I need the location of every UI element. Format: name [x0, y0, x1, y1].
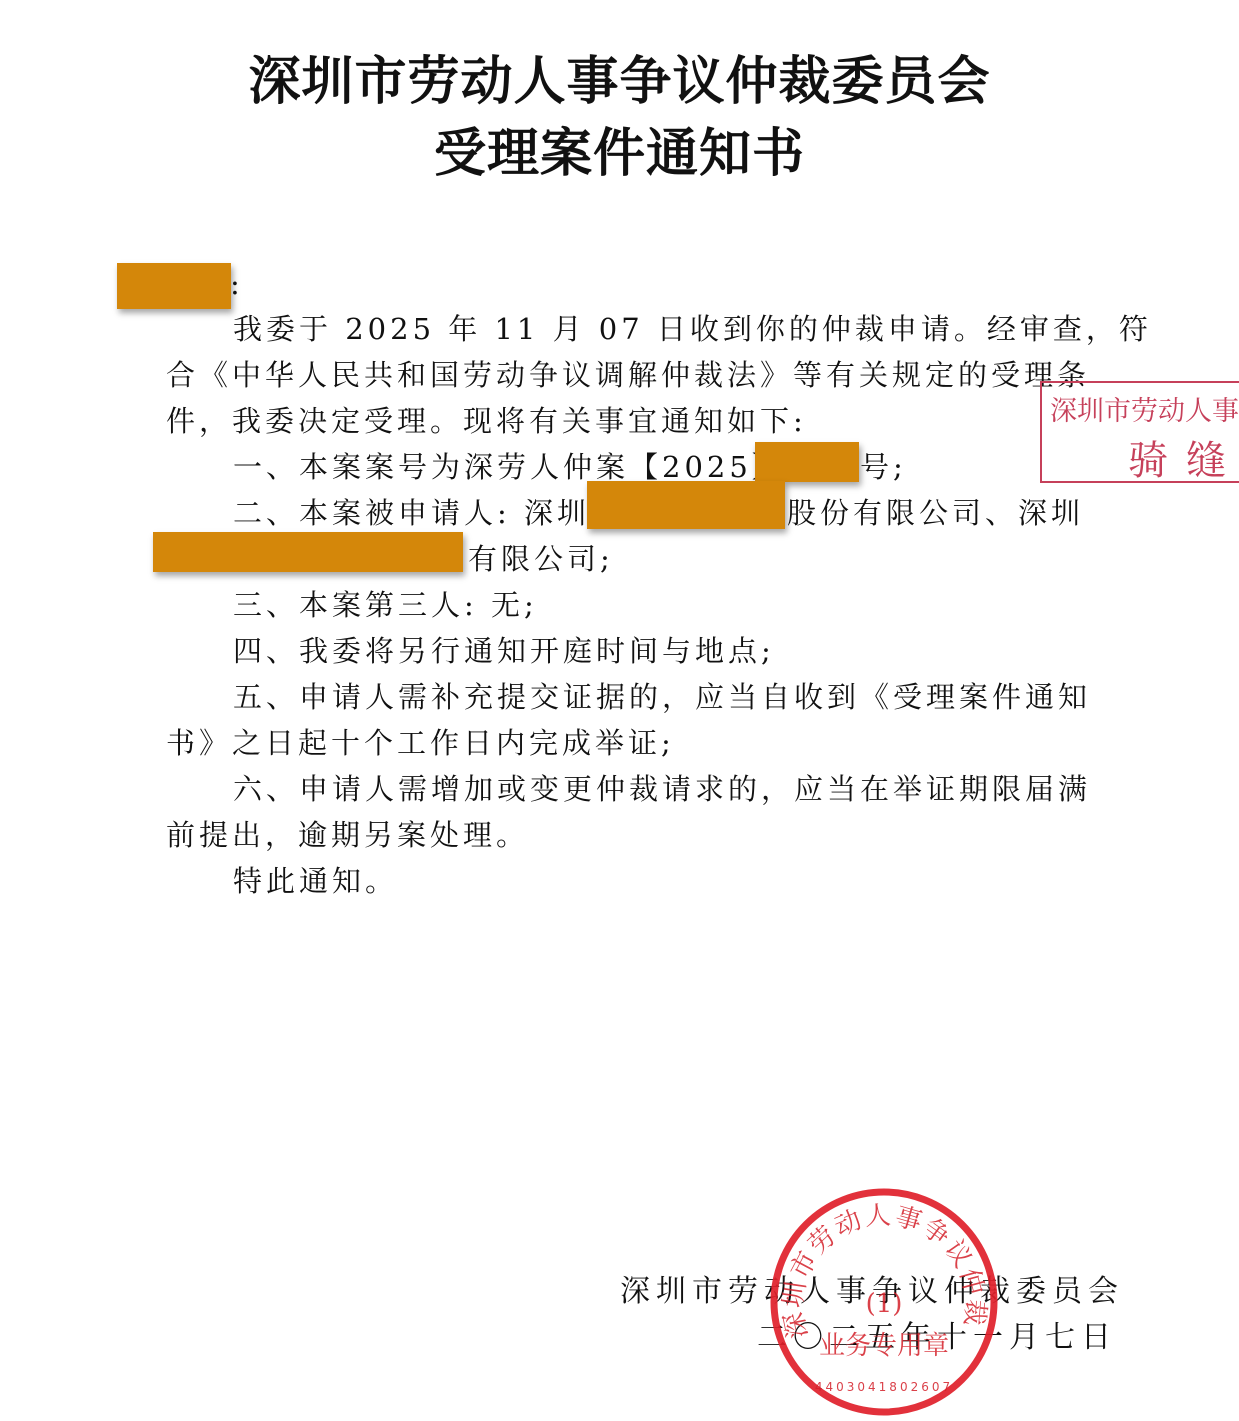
redaction-box-respondent-1 [587, 481, 785, 529]
seam-stamp-org: 深圳市劳动人事 [1050, 389, 1239, 428]
seal-label: 业务专用章 [819, 1331, 949, 1361]
item-4-hearing: 四、我委将另行通知开庭时间与地点; [233, 631, 775, 671]
item-5-line-2: 书》之日起十个工作日内完成举证; [166, 723, 675, 763]
seal-code: 4403041802607 [815, 1380, 953, 1394]
body-line-1: 我委于 2025 年 11 月 07 日收到你的仲裁申请。经审查，符 [233, 309, 1152, 349]
item-2-company-2: 有限公司; [468, 539, 614, 579]
redaction-box-recipient [117, 263, 231, 309]
seam-stamp: 深圳市劳动人事 骑缝 [1040, 381, 1239, 483]
seal-number: (1) [866, 1289, 903, 1319]
item-5-line-1: 五、申请人需补充提交证据的，应当自收到《受理案件通知 [233, 677, 1091, 717]
official-seal-icon: 深圳市劳动人事争议仲裁委员会 (1) 业务专用章 4403041802607 [768, 1186, 1000, 1418]
doc-title: 受理案件通知书 [0, 124, 1239, 184]
item-3-third-party: 三、本案第三人: 无; [233, 585, 538, 625]
body-line-3: 件，我委决定受理。现将有关事宜通知如下: [166, 401, 807, 441]
closing: 特此通知。 [233, 861, 398, 901]
item-2-respondent: 二、本案被申请人: 深圳 [233, 493, 590, 533]
item-2-company-1: 股份有限公司、深圳 [787, 493, 1084, 533]
item-6-line-1: 六、申请人需增加或变更仲裁请求的，应当在举证期限届满 [233, 769, 1091, 809]
item-6-line-2: 前提出，逾期另案处理。 [166, 815, 529, 855]
seam-stamp-label: 骑缝 [1128, 429, 1239, 486]
salutation-colon: : [230, 264, 244, 304]
body-line-2: 合《中华人民共和国劳动争议调解仲裁法》等有关规定的受理条 [166, 355, 1090, 395]
redaction-box-case-number [755, 442, 859, 482]
redaction-box-respondent-2 [153, 532, 463, 572]
org-title: 深圳市劳动人事争议仲裁委员会 [0, 52, 1239, 112]
item-1-suffix: 号; [860, 447, 907, 487]
